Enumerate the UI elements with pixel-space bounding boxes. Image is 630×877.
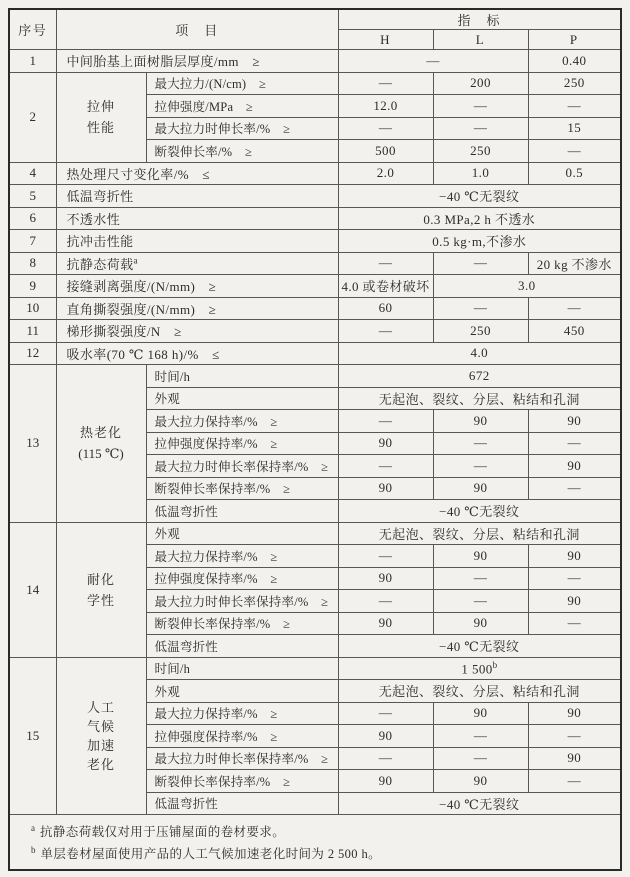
value-l-cell: — <box>433 432 528 455</box>
value-span-cell: 672 <box>338 365 621 388</box>
value-p-cell: 15 <box>528 117 621 140</box>
subitem-cell: 最大拉力时伸长率保持率/% ≥ <box>146 455 338 478</box>
value-l-cell: 1.0 <box>433 162 528 185</box>
value-span-cell: 无起泡、裂纹、分层、粘结和孔洞 <box>338 522 621 545</box>
value-text: 1 500 <box>461 661 492 676</box>
footnote-a: a抗静态荷载仅对用于压铺屋面的卷材要求。 <box>31 820 612 842</box>
value-p-cell: — <box>528 725 621 748</box>
seq-cell: 10 <box>9 297 56 320</box>
value-h-cell: 90 <box>338 477 433 500</box>
seq-cell: 5 <box>9 185 56 208</box>
subitem-cell: 拉伸强度保持率/% ≥ <box>146 567 338 590</box>
value-h-cell: 4.0 或卷材破坏 <box>338 275 433 298</box>
category-line: 人工 <box>57 698 146 717</box>
subitem-cell: 拉伸强度保持率/% ≥ <box>146 432 338 455</box>
subitem-cell: 断裂伸长率保持率/% ≥ <box>146 477 338 500</box>
value-l-cell: 250 <box>433 140 528 163</box>
subitem-cell: 最大拉力保持率/% ≥ <box>146 545 338 568</box>
table-row: 5 低温弯折性 −40 ℃无裂纹 <box>9 185 621 208</box>
subitem-cell: 低温弯折性 <box>146 635 338 658</box>
item-cell: 接缝剥离强度/(N/mm) ≥ <box>56 275 338 298</box>
header-item: 项 目 <box>56 9 338 50</box>
footnote-row: a抗静态荷载仅对用于压铺屋面的卷材要求。 b单层卷材屋面使用产品的人工气候加速老… <box>9 815 621 871</box>
value-l-cell: — <box>433 117 528 140</box>
header-col-p: P <box>528 30 621 50</box>
value-l-cell: — <box>433 95 528 118</box>
value-span-cell: −40 ℃无裂纹 <box>338 635 621 658</box>
value-l-cell: 90 <box>433 477 528 500</box>
value-p-cell: — <box>528 612 621 635</box>
header-seq: 序号 <box>9 9 56 50</box>
value-p-cell: — <box>528 770 621 793</box>
value-h-cell: — <box>338 252 433 275</box>
footnote-ref-a: a <box>134 255 138 265</box>
subitem-cell: 低温弯折性 <box>146 792 338 815</box>
value-span-cell: 无起泡、裂纹、分层、粘结和孔洞 <box>338 680 621 703</box>
table-row: 15 人工 气候 加速 老化 时间/h 1 500b <box>9 657 621 680</box>
subitem-cell: 时间/h <box>146 365 338 388</box>
item-cell: 热处理尺寸变化率/% ≤ <box>56 162 338 185</box>
subitem-cell: 拉伸强度/MPa ≥ <box>146 95 338 118</box>
value-span-cell: 无起泡、裂纹、分层、粘结和孔洞 <box>338 387 621 410</box>
value-p-cell: 0.5 <box>528 162 621 185</box>
value-h-cell: — <box>338 320 433 343</box>
table-row: 6 不透水性 0.3 MPa,2 h 不透水 <box>9 207 621 230</box>
header-col-l: L <box>433 30 528 50</box>
value-span-cell: 4.0 <box>338 342 621 365</box>
table-row: 12 吸水率(70 ℃ 168 h)/% ≤ 4.0 <box>9 342 621 365</box>
subitem-cell: 最大拉力时伸长率/% ≥ <box>146 117 338 140</box>
value-p-cell: — <box>528 297 621 320</box>
header-col-h: H <box>338 30 433 50</box>
table-row: 8 抗静态荷载a — — 20 kg 不渗水 <box>9 252 621 275</box>
value-p-cell: 90 <box>528 455 621 478</box>
table-row: 1 中间胎基上面树脂层厚度/mm ≥ — 0.40 <box>9 50 621 73</box>
value-l-cell: 90 <box>433 545 528 568</box>
item-cell: 抗冲击性能 <box>56 230 338 253</box>
value-span-cell: 0.5 kg·m,不渗水 <box>338 230 621 253</box>
category-line: 耐化 <box>57 569 146 590</box>
value-p-cell: 450 <box>528 320 621 343</box>
seq-cell: 1 <box>9 50 56 73</box>
value-l-cell: — <box>433 567 528 590</box>
value-p-cell: 90 <box>528 747 621 770</box>
seq-cell: 13 <box>9 365 56 523</box>
value-p-cell: — <box>528 477 621 500</box>
subitem-cell: 外观 <box>146 387 338 410</box>
footnote-b: b单层卷材屋面使用产品的人工气候加速老化时间为 2 500 h。 <box>31 842 612 864</box>
category-cell: 耐化 学性 <box>56 522 146 657</box>
seq-cell: 14 <box>9 522 56 657</box>
value-h-cell: 500 <box>338 140 433 163</box>
value-h-cell: — <box>338 72 433 95</box>
value-span-cell: 1 500b <box>338 657 621 680</box>
value-h-cell: — <box>338 410 433 433</box>
subitem-cell: 时间/h <box>146 657 338 680</box>
item-cell: 梯形撕裂强度/N ≥ <box>56 320 338 343</box>
item-cell: 低温弯折性 <box>56 185 338 208</box>
value-l-cell: 90 <box>433 702 528 725</box>
item-label: 抗静态荷载 <box>67 257 134 272</box>
footnote-a-marker: a <box>31 823 35 833</box>
subitem-cell: 外观 <box>146 680 338 703</box>
value-h-cell: — <box>338 117 433 140</box>
category-line: 性能 <box>57 117 146 138</box>
table-row: 2 拉伸 性能 最大拉力/(N/cm) ≥ — 200 250 <box>9 72 621 95</box>
value-h-cell: 12.0 <box>338 95 433 118</box>
table-row: 14 耐化 学性 外观 无起泡、裂纹、分层、粘结和孔洞 <box>9 522 621 545</box>
category-cell: 拉伸 性能 <box>56 72 146 162</box>
value-span-cell: −40 ℃无裂纹 <box>338 792 621 815</box>
item-cell: 中间胎基上面树脂层厚度/mm ≥ <box>56 50 338 73</box>
value-l-cell: 200 <box>433 72 528 95</box>
category-line: 气候 <box>57 717 146 736</box>
value-h-cell: — <box>338 590 433 613</box>
subitem-cell: 拉伸强度保持率/% ≥ <box>146 725 338 748</box>
value-p-cell: — <box>528 432 621 455</box>
value-p-cell: 90 <box>528 702 621 725</box>
header-index: 指 标 <box>338 9 621 30</box>
value-l-cell: — <box>433 297 528 320</box>
subitem-cell: 断裂伸长率保持率/% ≥ <box>146 770 338 793</box>
category-cell: 人工 气候 加速 老化 <box>56 657 146 815</box>
table-row: 13 热老化 (115 ℃) 时间/h 672 <box>9 365 621 388</box>
item-cell: 抗静态荷载a <box>56 252 338 275</box>
subitem-cell: 外观 <box>146 522 338 545</box>
value-lp-cell: 3.0 <box>433 275 621 298</box>
value-h-cell: 90 <box>338 612 433 635</box>
value-p-cell: 0.40 <box>528 50 621 73</box>
footnote-b-text: 单层卷材屋面使用产品的人工气候加速老化时间为 2 500 h。 <box>41 847 382 861</box>
value-p-cell: 90 <box>528 545 621 568</box>
footnote-a-text: 抗静态荷载仅对用于压铺屋面的卷材要求。 <box>40 825 285 839</box>
seq-cell: 6 <box>9 207 56 230</box>
value-span-cell: 0.3 MPa,2 h 不透水 <box>338 207 621 230</box>
table-row: 7 抗冲击性能 0.5 kg·m,不渗水 <box>9 230 621 253</box>
seq-cell: 15 <box>9 657 56 815</box>
seq-cell: 2 <box>9 72 56 162</box>
value-h-cell: 60 <box>338 297 433 320</box>
table-row: 11 梯形撕裂强度/N ≥ — 250 450 <box>9 320 621 343</box>
footnote-ref-b: b <box>493 660 498 670</box>
value-p-cell: 20 kg 不渗水 <box>528 252 621 275</box>
value-p-cell: — <box>528 567 621 590</box>
value-l-cell: — <box>433 455 528 478</box>
subitem-cell: 最大拉力时伸长率保持率/% ≥ <box>146 590 338 613</box>
category-line: (115 ℃) <box>57 443 146 464</box>
footnote-cell: a抗静态荷载仅对用于压铺屋面的卷材要求。 b单层卷材屋面使用产品的人工气候加速老… <box>9 815 621 871</box>
table-row: 10 直角撕裂强度/(N/mm) ≥ 60 — — <box>9 297 621 320</box>
spec-table: 序号 项 目 指 标 H L P 1 中间胎基上面树脂层厚度/mm ≥ — 0.… <box>8 8 622 871</box>
value-p-cell: — <box>528 95 621 118</box>
value-h-cell: — <box>338 455 433 478</box>
scanned-spec-table-page: { "header": { "no": "序号", "item": "项 目",… <box>0 8 630 877</box>
value-l-cell: 90 <box>433 410 528 433</box>
category-line: 老化 <box>57 755 146 774</box>
subitem-cell: 最大拉力时伸长率保持率/% ≥ <box>146 747 338 770</box>
value-h-cell: 90 <box>338 725 433 748</box>
value-l-cell: 90 <box>433 612 528 635</box>
value-l-cell: — <box>433 725 528 748</box>
value-hl-cell: — <box>338 50 528 73</box>
value-span-cell: −40 ℃无裂纹 <box>338 500 621 523</box>
category-line: 加速 <box>57 736 146 755</box>
value-l-cell: 90 <box>433 770 528 793</box>
subitem-cell: 最大拉力保持率/% ≥ <box>146 702 338 725</box>
subitem-cell: 最大拉力/(N/cm) ≥ <box>146 72 338 95</box>
value-l-cell: 250 <box>433 320 528 343</box>
seq-cell: 7 <box>9 230 56 253</box>
subitem-cell: 断裂伸长率/% ≥ <box>146 140 338 163</box>
category-line: 学性 <box>57 590 146 611</box>
category-line: 拉伸 <box>57 96 146 117</box>
seq-cell: 8 <box>9 252 56 275</box>
value-h-cell: 90 <box>338 567 433 590</box>
value-p-cell: 90 <box>528 590 621 613</box>
value-l-cell: — <box>433 590 528 613</box>
value-p-cell: 90 <box>528 410 621 433</box>
value-h-cell: 90 <box>338 770 433 793</box>
value-l-cell: — <box>433 747 528 770</box>
seq-cell: 11 <box>9 320 56 343</box>
value-span-cell: −40 ℃无裂纹 <box>338 185 621 208</box>
item-cell: 直角撕裂强度/(N/mm) ≥ <box>56 297 338 320</box>
seq-cell: 12 <box>9 342 56 365</box>
category-cell: 热老化 (115 ℃) <box>56 365 146 523</box>
subitem-cell: 断裂伸长率保持率/% ≥ <box>146 612 338 635</box>
item-cell: 吸水率(70 ℃ 168 h)/% ≤ <box>56 342 338 365</box>
subitem-cell: 低温弯折性 <box>146 500 338 523</box>
value-l-cell: — <box>433 252 528 275</box>
subitem-cell: 最大拉力保持率/% ≥ <box>146 410 338 433</box>
table-row: 4 热处理尺寸变化率/% ≤ 2.0 1.0 0.5 <box>9 162 621 185</box>
footnote-b-marker: b <box>31 845 36 855</box>
value-h-cell: 90 <box>338 432 433 455</box>
value-h-cell: 2.0 <box>338 162 433 185</box>
value-p-cell: 250 <box>528 72 621 95</box>
item-cell: 不透水性 <box>56 207 338 230</box>
value-h-cell: — <box>338 545 433 568</box>
seq-cell: 9 <box>9 275 56 298</box>
seq-cell: 4 <box>9 162 56 185</box>
category-line: 热老化 <box>57 422 146 443</box>
value-h-cell: — <box>338 702 433 725</box>
table-row: 9 接缝剥离强度/(N/mm) ≥ 4.0 或卷材破坏 3.0 <box>9 275 621 298</box>
value-p-cell: — <box>528 140 621 163</box>
value-h-cell: — <box>338 747 433 770</box>
